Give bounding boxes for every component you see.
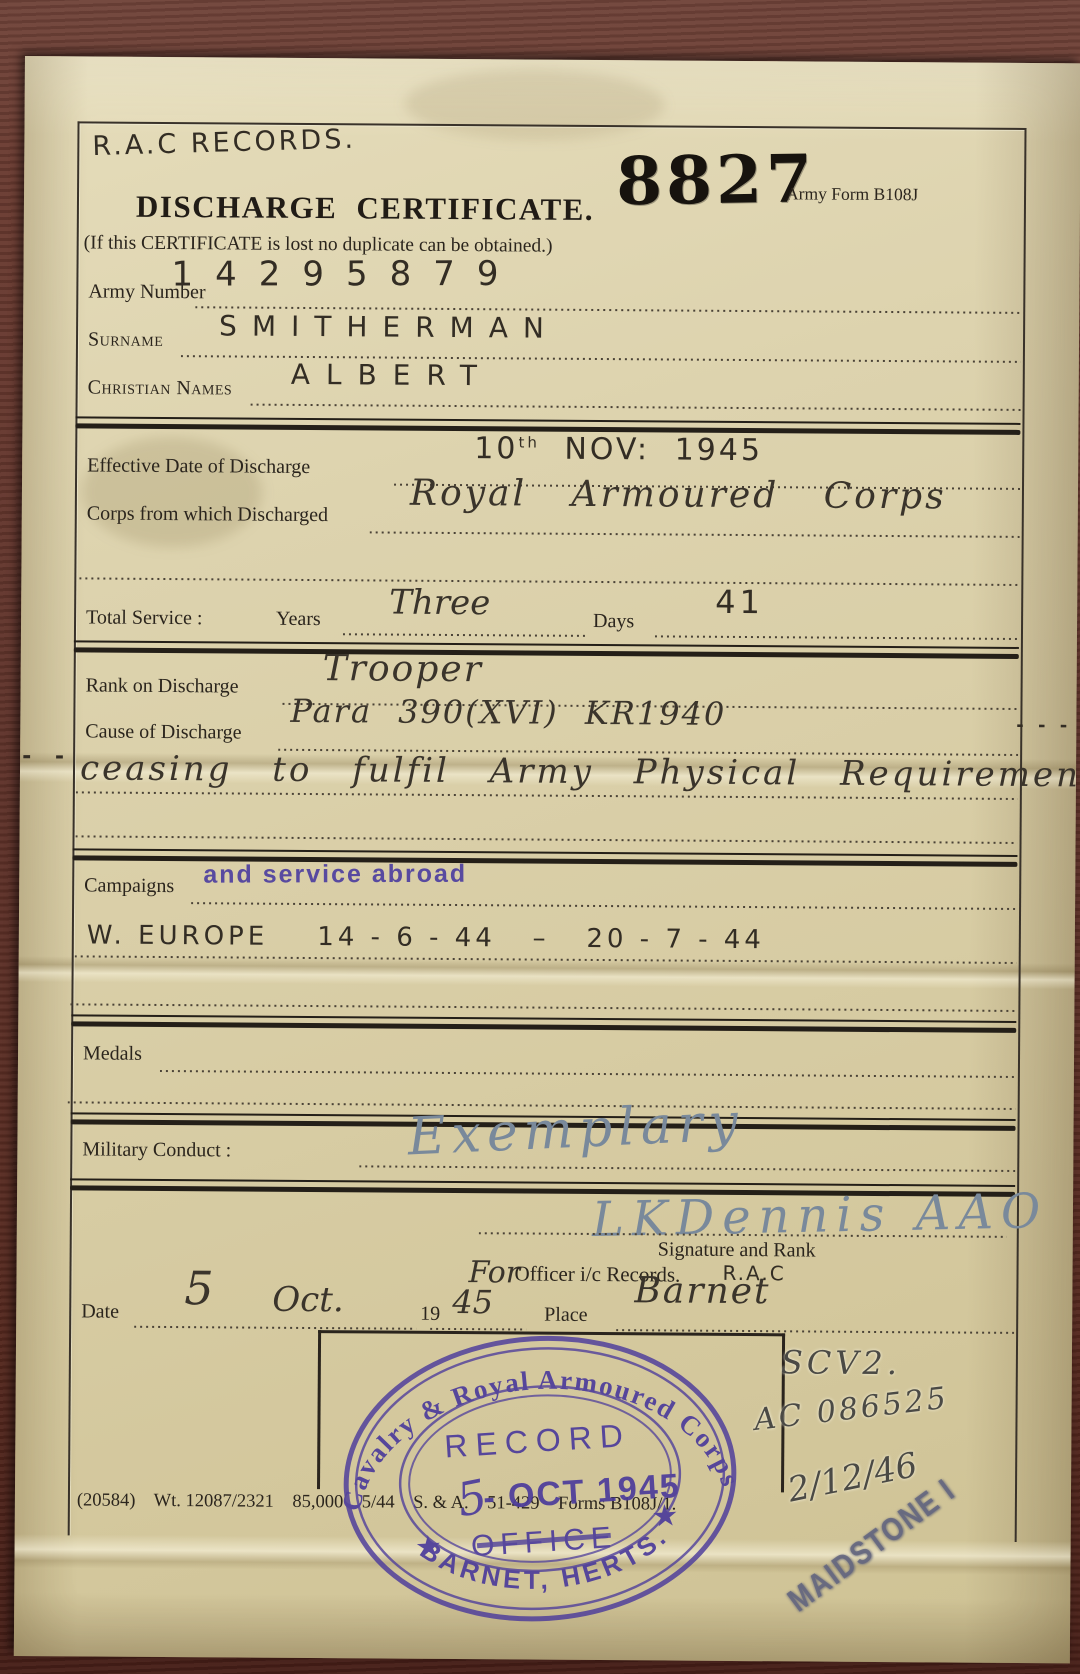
date-year-value: 45 xyxy=(452,1283,493,1321)
effective-date-suffix: th xyxy=(518,433,540,451)
place-label: Place xyxy=(544,1304,587,1327)
christian-names-value: ALBERT xyxy=(291,358,493,392)
date-month-value: Oct. xyxy=(272,1280,344,1320)
surname-value: SMITHERMAN xyxy=(219,309,559,344)
corps-value: Royal Armoured Corps xyxy=(410,473,947,518)
years-label: Years xyxy=(276,608,321,631)
cause-value: Para 390(XVI) KR1940 xyxy=(290,692,726,733)
date-label: Date xyxy=(81,1300,119,1323)
left-margin-dashes: - - xyxy=(22,744,72,769)
total-service-label: Total Service : xyxy=(86,606,203,630)
campaigns-value: W. EUROPE 14 - 6 - 44 – 20 - 7 - 44 xyxy=(87,920,765,955)
christian-names-label: Christian Names xyxy=(88,376,233,400)
effective-date-value: 10th NOV: 1945 xyxy=(474,431,763,468)
years-value: Three xyxy=(389,583,490,624)
stamp-star-left: ★ xyxy=(414,1530,443,1565)
service-abroad-stamp: and service abroad xyxy=(203,860,467,890)
corps-label: Corps from which Discharged xyxy=(87,502,328,527)
stamp-star-right: ★ xyxy=(651,1499,680,1534)
campaigns-label: Campaigns xyxy=(84,874,174,898)
days-label: Days xyxy=(593,610,634,633)
certificate-paper: R.A.C RECORDS. 8827 Army Form B108J DISC… xyxy=(14,56,1080,1663)
right-margin-dashes: - - - xyxy=(1016,715,1071,736)
military-conduct-label: Military Conduct : xyxy=(82,1138,231,1162)
serial-number: 8827 xyxy=(616,139,817,220)
signature-caption: Signature and Rank xyxy=(577,1238,897,1263)
surname-label: Surname xyxy=(88,328,163,352)
days-value: 41 xyxy=(715,583,764,621)
cause-label: Cause of Discharge xyxy=(85,720,241,744)
effective-date-day: 10 xyxy=(474,431,518,466)
army-form-reference: Army Form B108J xyxy=(786,183,918,205)
effective-date-rest: NOV: 1945 xyxy=(564,432,763,468)
army-number-value: 14295879 xyxy=(171,254,520,295)
rank-label: Rank on Discharge xyxy=(86,674,239,698)
scv-annotation: SCV2. xyxy=(781,1343,901,1382)
date-century-printed: 19 xyxy=(420,1303,440,1326)
effective-date-label: Effective Date of Discharge xyxy=(87,454,310,479)
record-office-stamp: Cavalry & Royal Armoured Corps BARNET, H… xyxy=(314,1316,766,1643)
rank-value: Trooper xyxy=(323,648,483,690)
cause-value-line2: ceasing to fulfil Army Physical Requirem… xyxy=(80,748,1080,795)
place-value: Barnet xyxy=(634,1270,770,1312)
page-title: DISCHARGE CERTIFICATE. xyxy=(136,189,594,228)
date-day-value: 5 xyxy=(184,1261,214,1315)
stamp-record-text: RECORD xyxy=(443,1417,632,1465)
medals-label: Medals xyxy=(83,1042,142,1065)
